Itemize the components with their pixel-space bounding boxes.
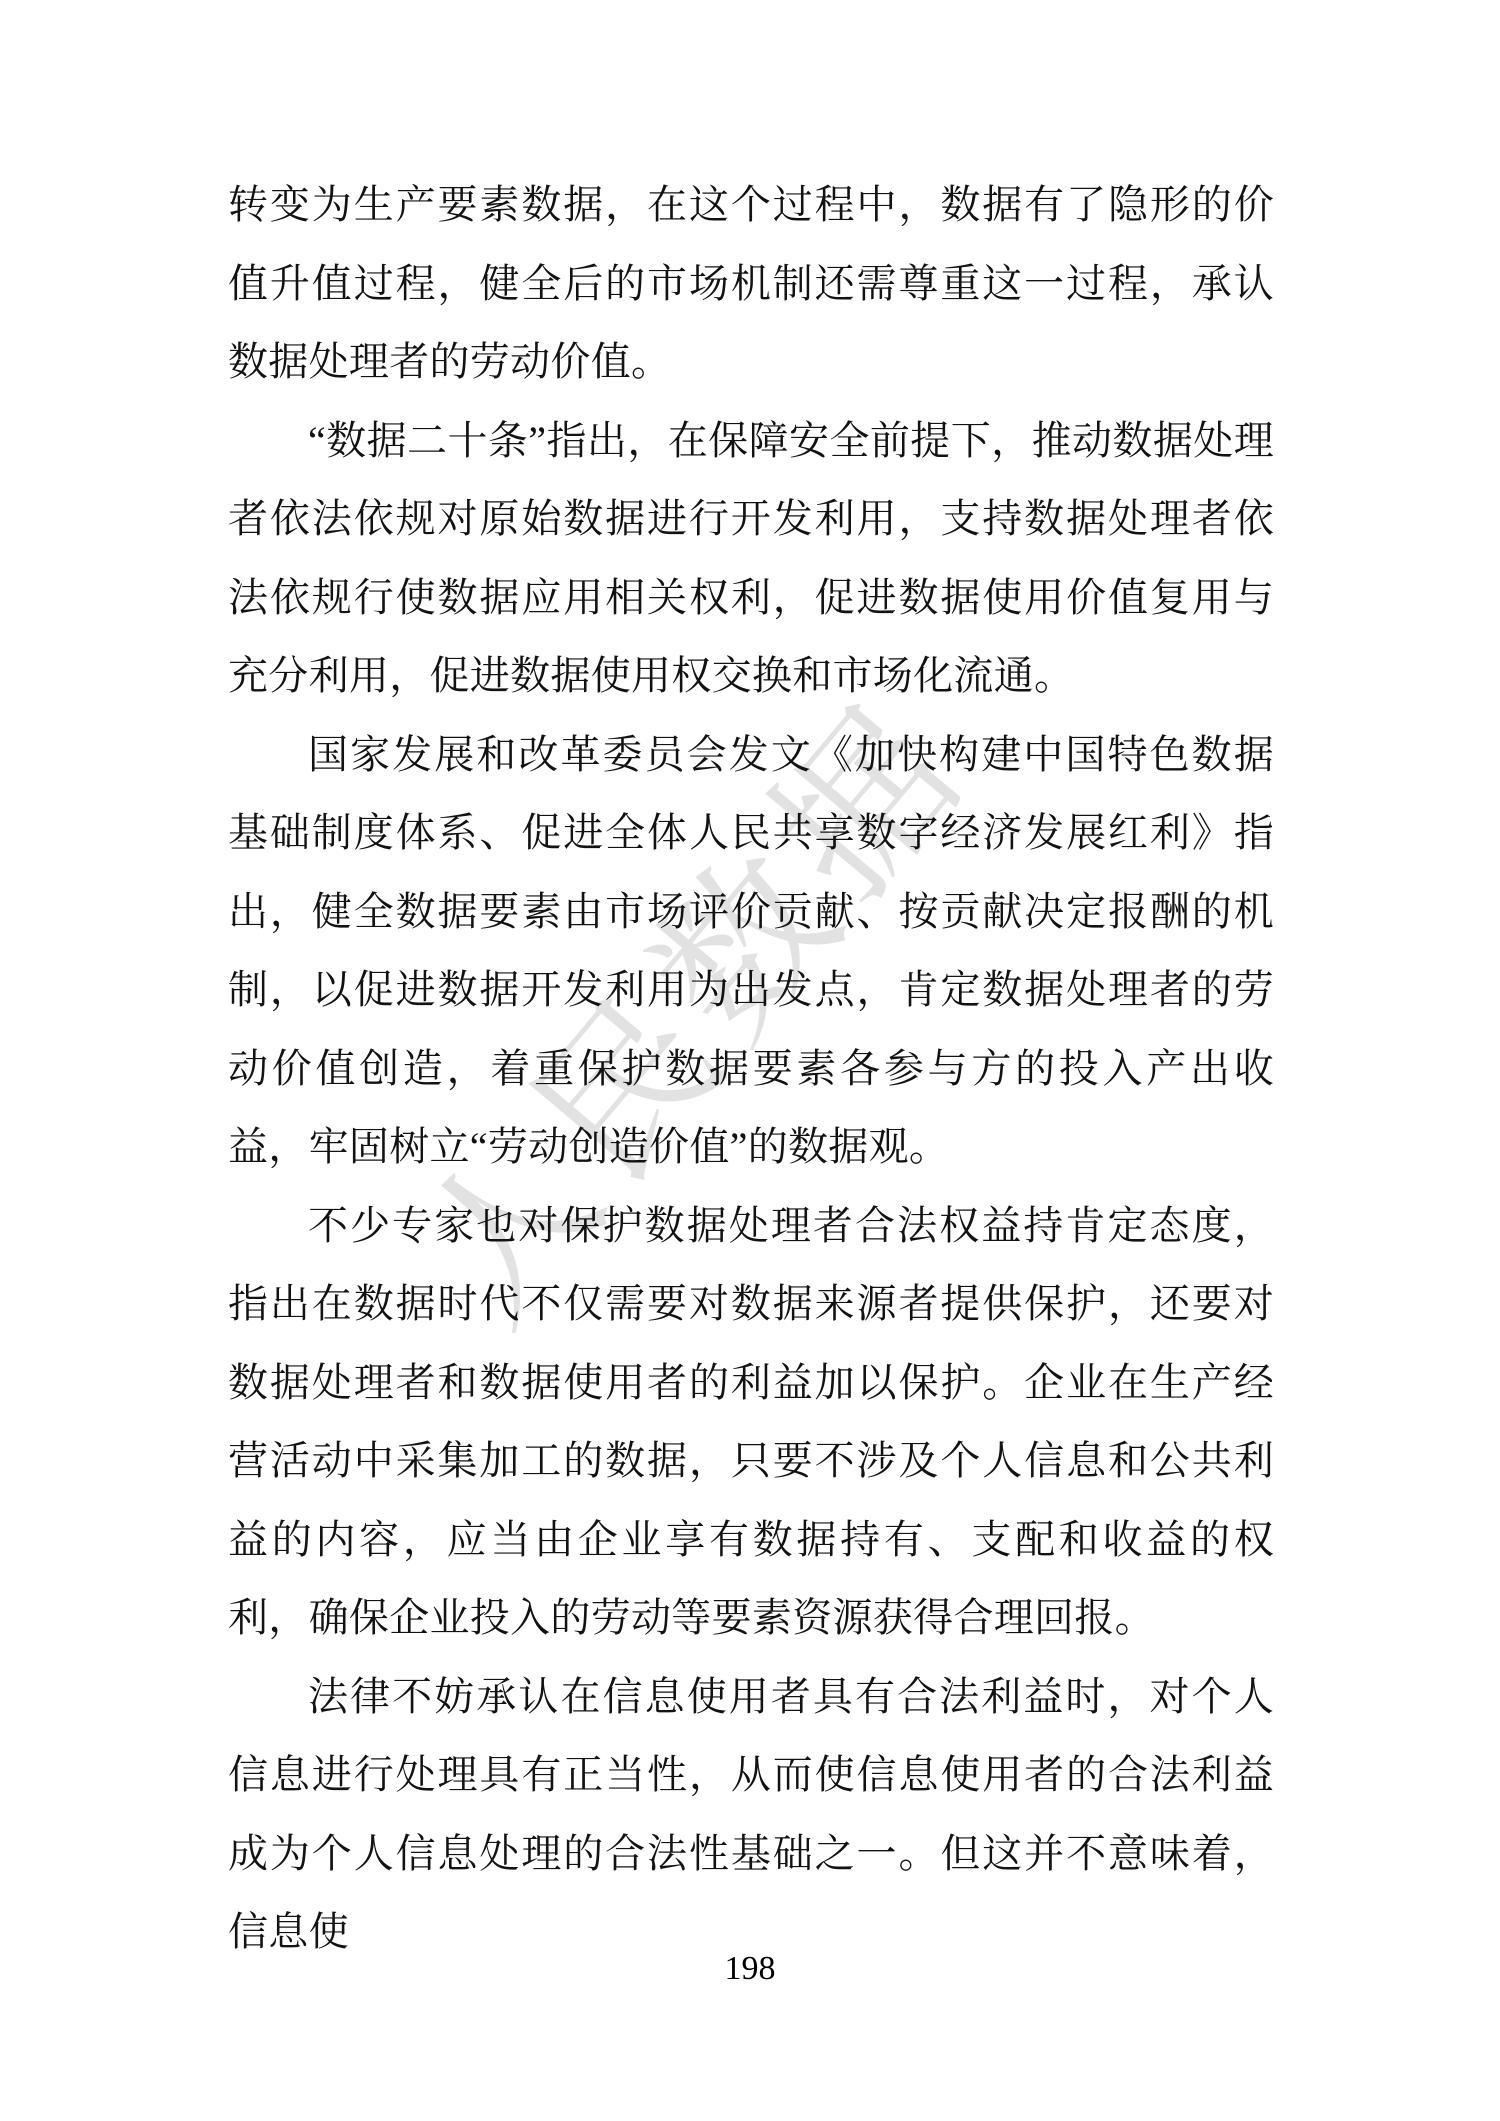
paragraph: 法律不妨承认在信息使用者具有合法利益时，对个人信息进行处理具有正当性，从而使信息… bbox=[228, 1658, 1274, 1972]
paragraph: 国家发展和改革委员会发文《加快构建中国特色数据基础制度体系、促进全体人民共享数字… bbox=[228, 716, 1274, 1187]
paragraph: 不少专家也对保护数据处理者合法权益持肯定态度，指出在数据时代不仅需要对数据来源者… bbox=[228, 1187, 1274, 1658]
paragraph: “数据二十条”指出，在保障安全前提下，推动数据处理者依法依规对原始数据进行开发利… bbox=[228, 402, 1274, 716]
paragraph: 转变为生产要素数据，在这个过程中，数据有了隐形的价值升值过程，健全后的市场机制还… bbox=[228, 166, 1274, 402]
page-number: 198 bbox=[0, 1950, 1500, 1988]
text-block: 转变为生产要素数据，在这个过程中，数据有了隐形的价值升值过程，健全后的市场机制还… bbox=[228, 166, 1274, 1972]
document-page: 人民数据 转变为生产要素数据，在这个过程中，数据有了隐形的价值升值过程，健全后的… bbox=[0, 0, 1500, 2121]
